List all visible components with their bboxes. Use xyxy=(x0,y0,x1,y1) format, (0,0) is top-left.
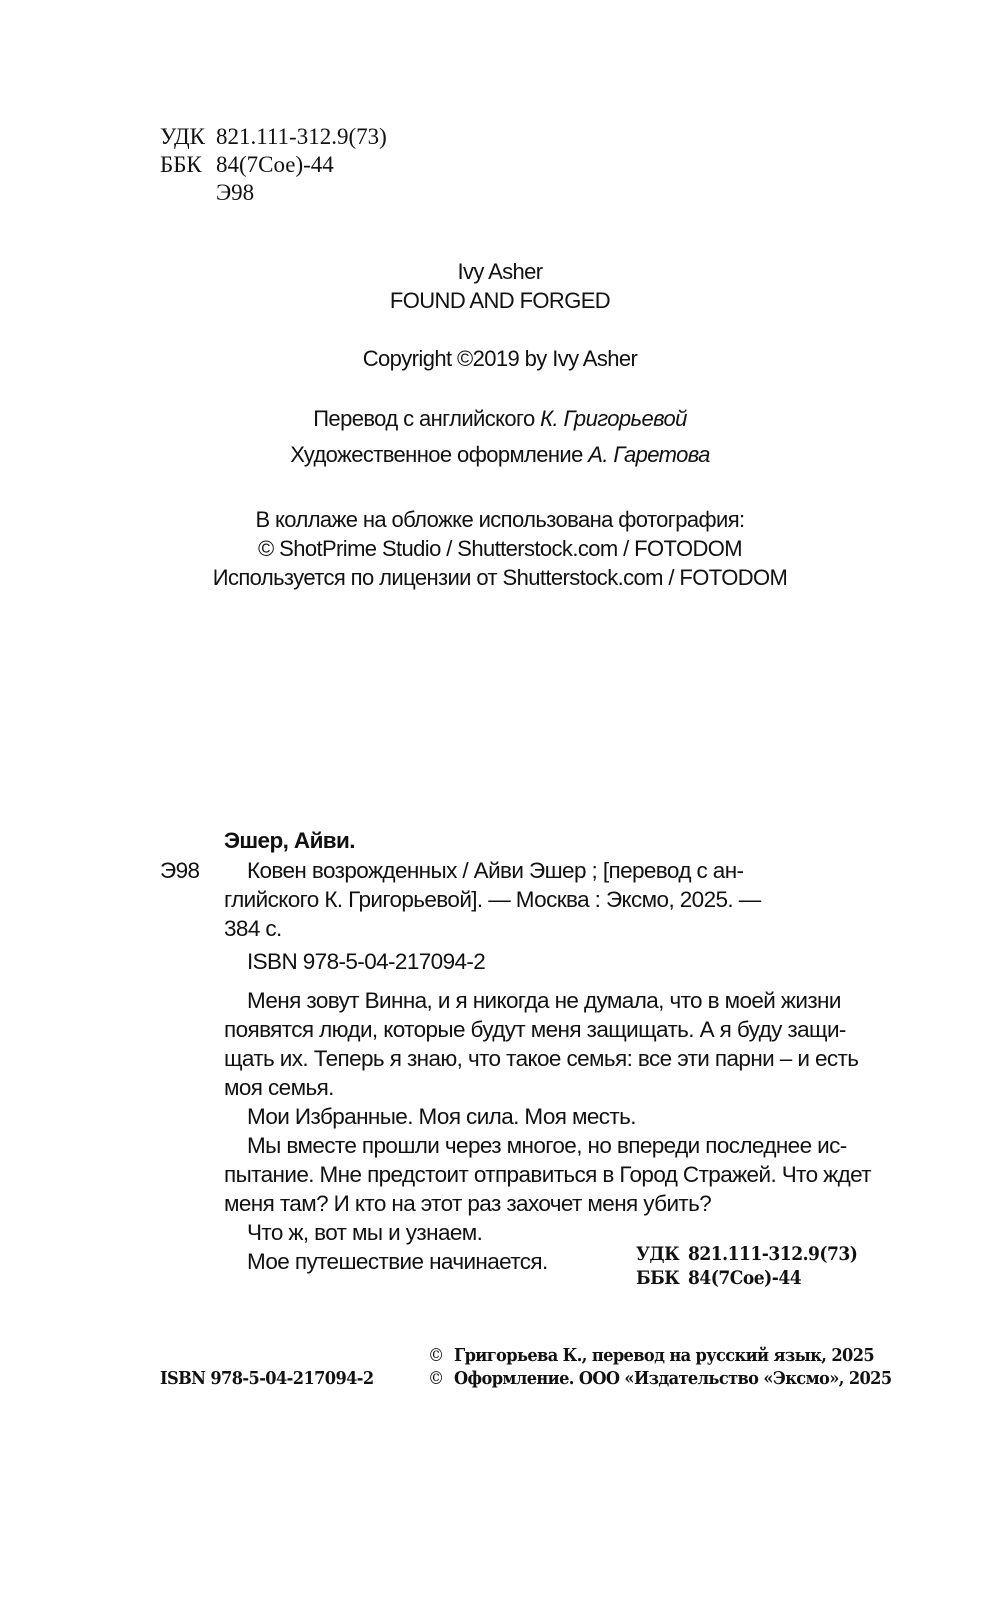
translation-credit: Перевод с английского К. Григорьевой xyxy=(0,401,1000,437)
biblio-line: Ковен возрожденных / Айви Эшер ; [перево… xyxy=(224,856,884,885)
bibliographic-description: Ковен возрожденных / Айви Эшер ; [перево… xyxy=(224,856,884,943)
annotation-line: меня там? И кто на этот раз захочет меня… xyxy=(224,1189,884,1218)
biblio-line: 384 с. xyxy=(224,914,884,943)
design-credit: Художественное оформление А. Гаретова xyxy=(0,437,1000,473)
original-copyright: Copyright ©2019 by Ivy Asher xyxy=(0,344,1000,373)
author-code-row: Э98 xyxy=(160,179,387,207)
copyright-icon: © xyxy=(428,1367,454,1390)
design-prefix: Художественное оформление xyxy=(290,442,588,467)
author-code: Э98 xyxy=(216,180,254,205)
original-edition-block: Ivy Asher FOUND AND FORGED xyxy=(0,257,1000,315)
udk-row: УДК821.111-312.9(73) xyxy=(160,123,387,151)
credits-block: Перевод с английского К. Григорьевой Худ… xyxy=(0,401,1000,473)
bbk-value: 84(7Сое)-44 xyxy=(216,152,334,177)
catalog-isbn: ISBN 978-5-04-217094-2 xyxy=(247,947,485,976)
annotation-line: моя семья. xyxy=(224,1073,884,1102)
bbk-row: ББК84(7Сое)-44 xyxy=(636,1266,857,1290)
udk-row: УДК821.111-312.9(73) xyxy=(636,1242,857,1266)
original-title: FOUND AND FORGED xyxy=(0,286,1000,315)
catalog-author-heading: Эшер, Айви. xyxy=(224,826,355,855)
bbk-label: ББК xyxy=(160,151,216,179)
translator-name: К. Григорьевой xyxy=(540,406,687,431)
footer-copyright-line: ©Григорьева К., перевод на русский язык,… xyxy=(428,1344,892,1367)
copyright-block: Copyright ©2019 by Ivy Asher xyxy=(0,344,1000,373)
copyright-icon: © xyxy=(428,1344,454,1367)
bbk-row: ББК84(7Сое)-44 xyxy=(160,151,387,179)
annotation-line: появятся люди, которые будут меня защища… xyxy=(224,1015,884,1044)
annotation-line: Меня зовут Винна, и я никогда не думала,… xyxy=(224,986,884,1015)
translation-prefix: Перевод с английского xyxy=(313,406,540,431)
footer-copyrights: ©Григорьева К., перевод на русский язык,… xyxy=(428,1344,892,1390)
udk-label: УДК xyxy=(160,123,216,151)
udk-value: 821.111-312.9(73) xyxy=(688,1243,857,1265)
annotation-line: пытание. Мне предстоит отправиться в Гор… xyxy=(224,1160,884,1189)
bbk-value: 84(7Сое)-44 xyxy=(688,1267,801,1289)
cover-photo-line-1: В коллаже на обложке использована фотогр… xyxy=(0,505,1000,534)
annotation-line: Мои Избранные. Моя сила. Моя месть. xyxy=(224,1102,884,1131)
catalog-author-code: Э98 xyxy=(160,856,199,885)
annotation: Меня зовут Винна, и я никогда не думала,… xyxy=(224,986,884,1276)
annotation-line: Мы вместе прошли через многое, но вперед… xyxy=(224,1131,884,1160)
original-author: Ivy Asher xyxy=(0,257,1000,286)
cover-photo-line-3: Используется по лицензии от Shutterstock… xyxy=(0,563,1000,592)
udk-value: 821.111-312.9(73) xyxy=(216,124,387,149)
annotation-line: щать их. Теперь я знаю, что такое семья:… xyxy=(224,1044,884,1073)
udk-label: УДК xyxy=(636,1242,688,1266)
footer-copyright-line: ©Оформление. ООО «Издательство «Эксмо», … xyxy=(428,1367,892,1390)
designer-name: А. Гаретова xyxy=(588,442,710,467)
classification-block-top: УДК821.111-312.9(73) ББК84(7Сое)-44 Э98 xyxy=(160,123,387,207)
cover-photo-credit-block: В коллаже на обложке использована фотогр… xyxy=(0,505,1000,592)
cover-photo-line-2: © ShotPrime Studio / Shutterstock.com / … xyxy=(0,534,1000,563)
classification-block-card: УДК821.111-312.9(73) ББК84(7Сое)-44 xyxy=(636,1242,857,1290)
bbk-label: ББК xyxy=(636,1266,688,1290)
biblio-line: глийского К. Григорьевой]. — Москва : Эк… xyxy=(224,885,884,914)
footer-isbn: ISBN 978-5-04-217094-2 xyxy=(160,1367,374,1390)
